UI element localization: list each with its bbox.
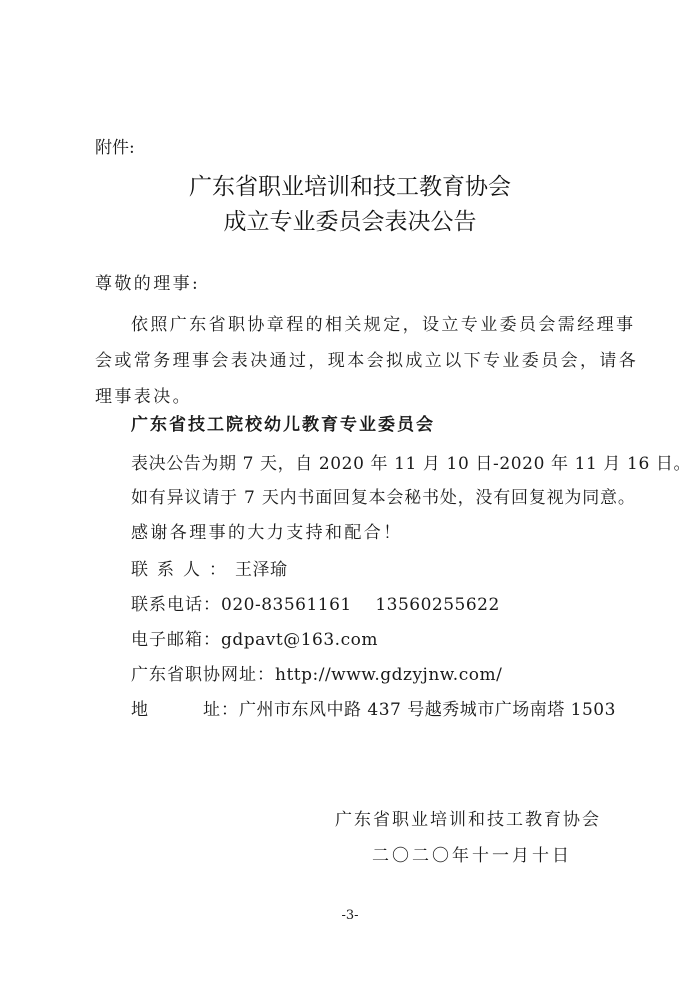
contact-phone-label: 联系电话：: [131, 590, 221, 615]
contact-website-value[interactable]: http://www.gdzyjnw.com/: [275, 665, 502, 685]
objection-note: 如有异议请于 7 天内书面回复本会秘书处，没有回复视为同意。: [131, 483, 636, 508]
notice-period: 表决公告为期 7 天，自 2020 年 11 月 10 日-2020 年 11 …: [131, 449, 691, 474]
thanks-note: 感谢各理事的大力支持和配合！: [131, 518, 403, 543]
contact-person-label: 联系人：: [131, 555, 235, 580]
contact-email-row: 电子邮箱：gdpavt@163.com: [131, 625, 378, 650]
page-number: -3-: [0, 908, 700, 923]
contact-website-row: 广东省职协网址：http://www.gdzyjnw.com/: [131, 660, 502, 685]
contact-website-label: 广东省职协网址：: [131, 660, 275, 685]
paragraph-line2: 会或常务理事会表决通过，现本会拟成立以下专业委员会，请各: [95, 346, 638, 371]
contact-address-value: 广州市东风中路 437 号越秀城市广场南塔 1503: [239, 700, 616, 720]
paragraph-line1: 依照广东省职协章程的相关规定，设立专业委员会需经理事: [131, 310, 635, 335]
contact-email-value[interactable]: gdpavt@163.com: [221, 630, 378, 650]
paragraph-line3: 理事表决。: [95, 382, 192, 407]
signature-organization: 广东省职业培训和技工教育协会: [335, 805, 601, 830]
salutation: 尊敬的理事:: [95, 269, 200, 294]
contact-phone-row: 联系电话：020-83561161 13560255622: [131, 590, 500, 615]
document-page: 附件: 广东省职业培训和技工教育协会 成立专业委员会表决公告 尊敬的理事: 依照…: [0, 0, 700, 990]
contact-person-value: 王泽瑜: [235, 560, 288, 580]
document-title-line1: 广东省职业培训和技工教育协会: [0, 168, 700, 201]
contact-email-label: 电子邮箱：: [131, 625, 221, 650]
document-title-line2: 成立专业委员会表决公告: [0, 203, 700, 236]
attachment-label: 附件:: [95, 133, 135, 158]
signature-date: 二〇二〇年十一月十日: [372, 841, 572, 866]
contact-address-label-left: 地: [131, 695, 203, 720]
contact-phone-value: 020-83561161 13560255622: [221, 595, 500, 615]
contact-person-row: 联系人：王泽瑜: [131, 555, 288, 580]
contact-address-row: 地址：广州市东风中路 437 号越秀城市广场南塔 1503: [131, 695, 616, 720]
committee-name: 广东省技工院校幼儿教育专业委员会: [131, 410, 435, 435]
contact-address-label-right: 址：: [203, 695, 239, 720]
